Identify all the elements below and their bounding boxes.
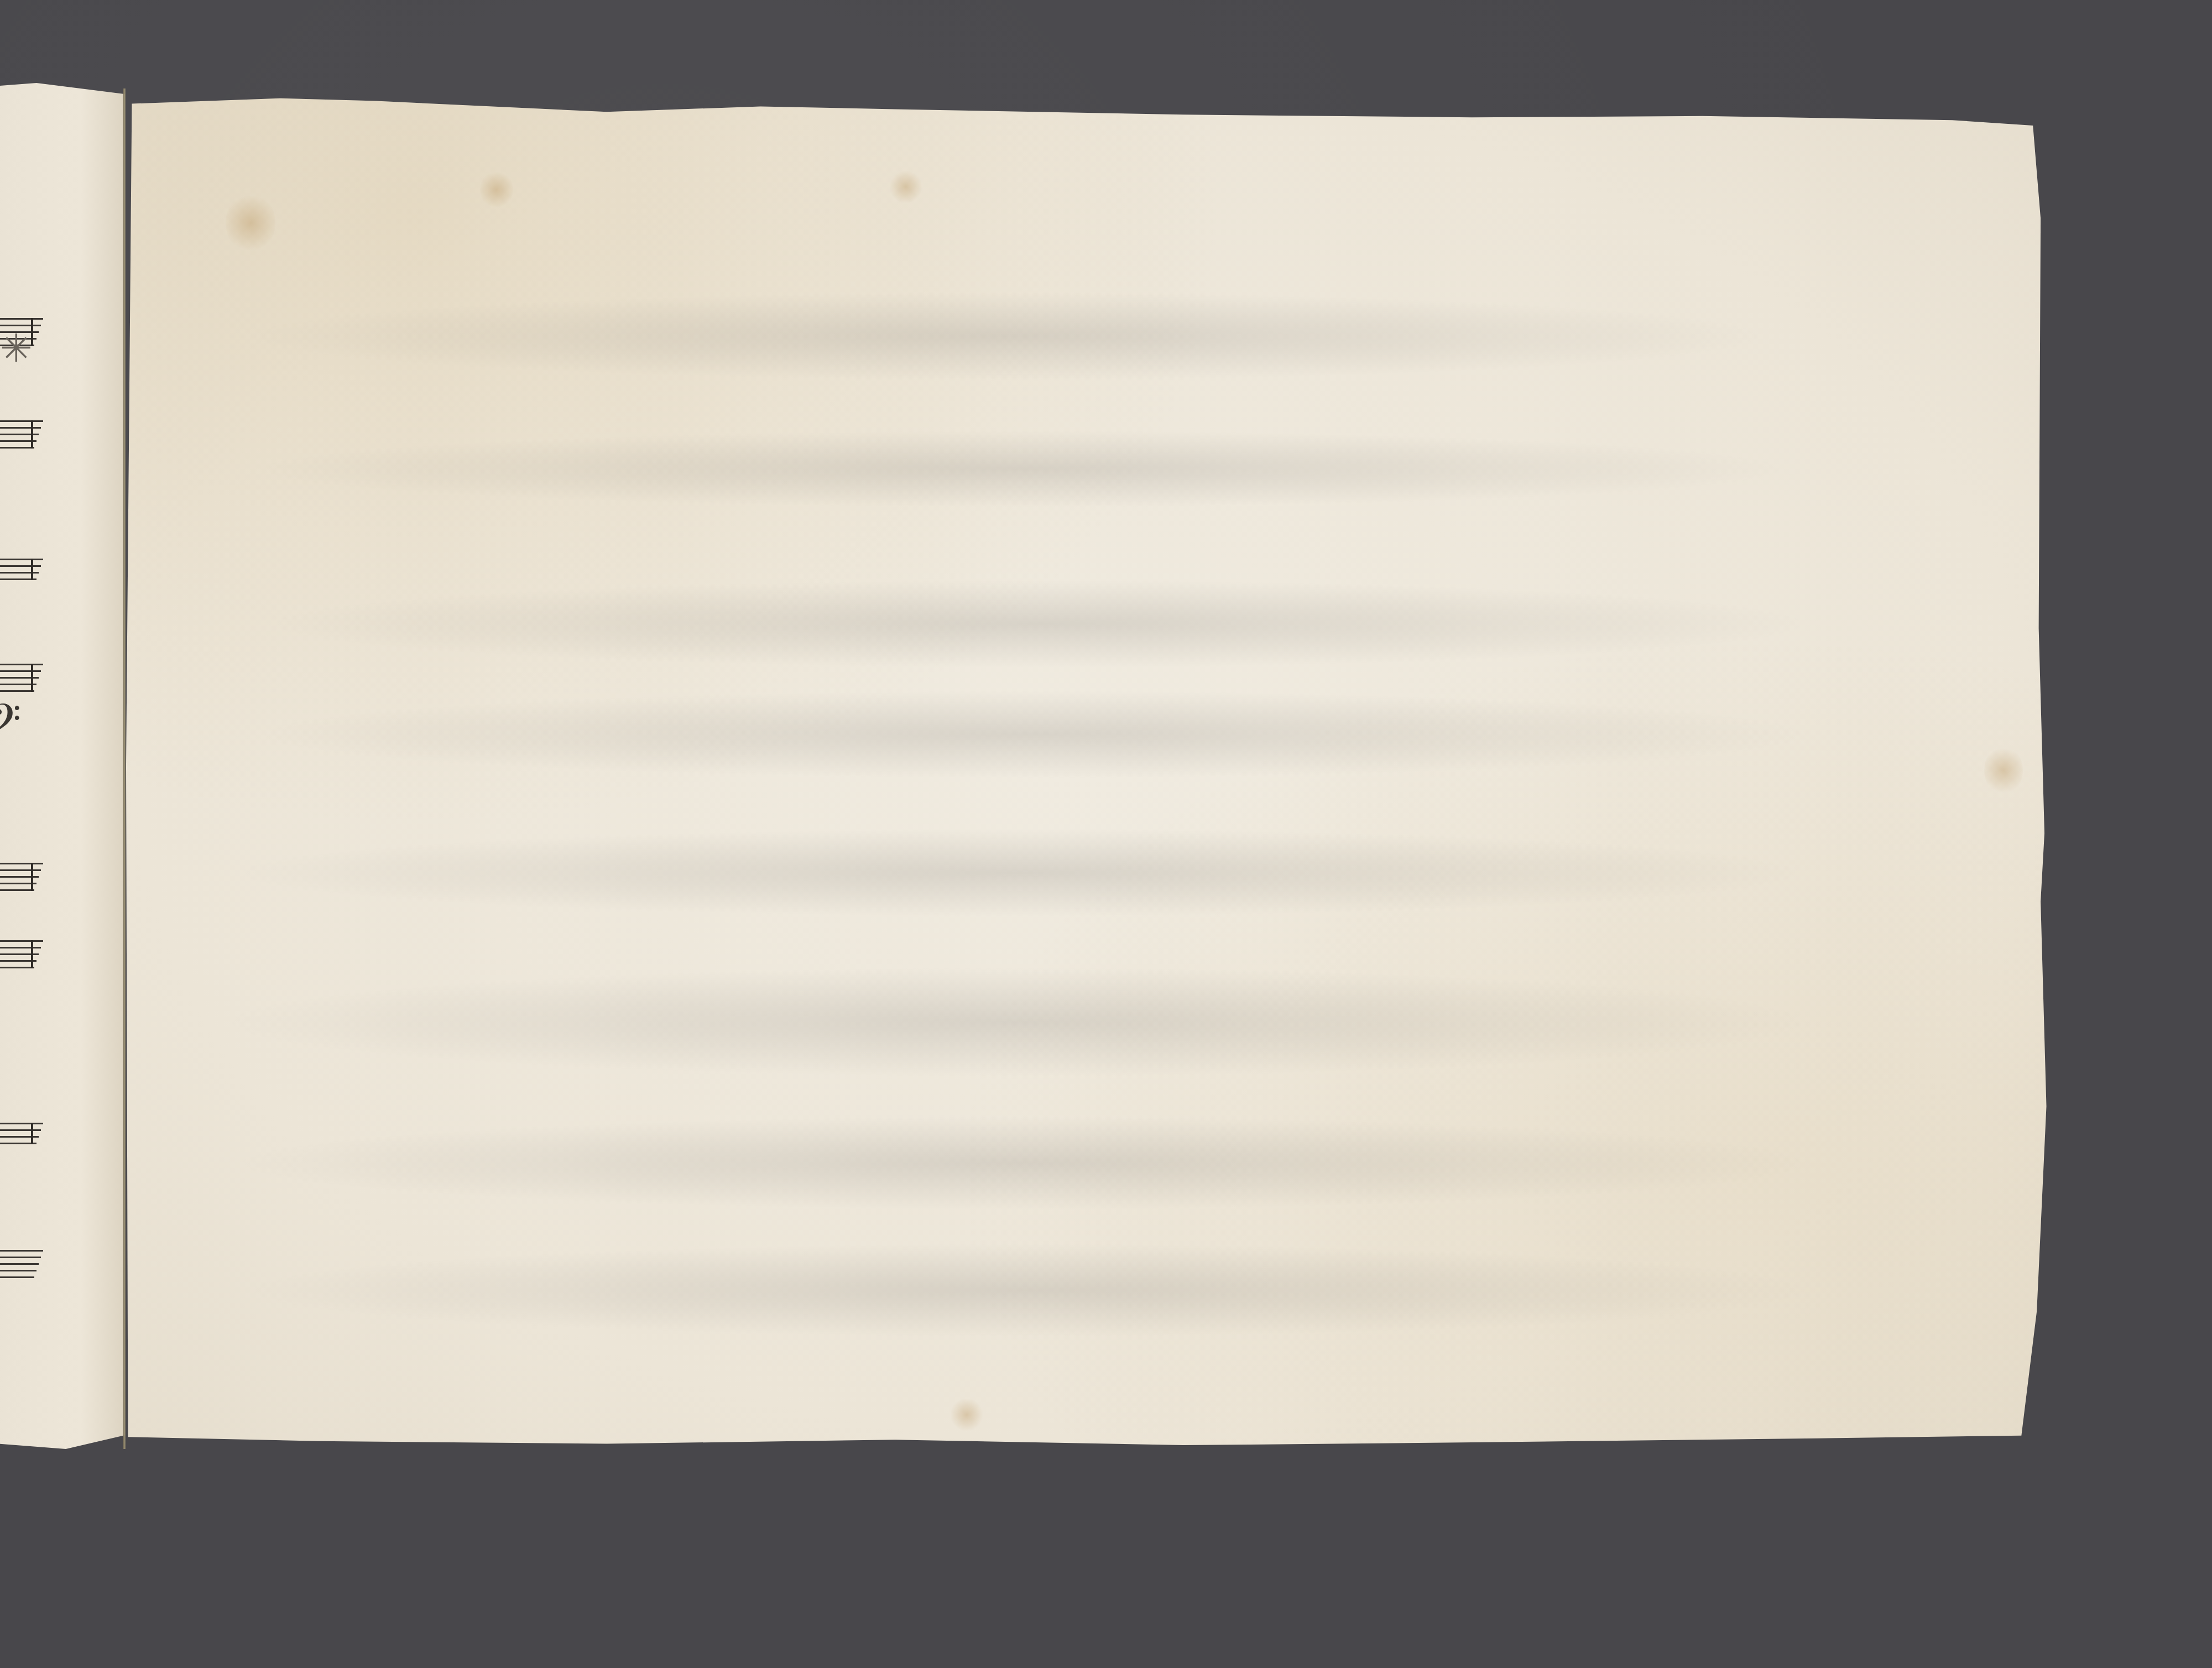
staff-line — [0, 1270, 36, 1271]
staff-line — [0, 1263, 39, 1265]
show-through — [248, 430, 1796, 508]
foxing-stain — [1984, 746, 2023, 795]
barline — [31, 940, 33, 968]
barline — [31, 420, 33, 449]
staff-line — [0, 1276, 34, 1278]
staff-line — [0, 869, 41, 871]
left-page: ✳ 𝄢 — [0, 83, 124, 1449]
staff-line — [0, 427, 41, 429]
staff-line — [0, 940, 43, 942]
staff-line — [0, 947, 41, 948]
show-through — [215, 967, 1818, 1077]
asterisk-icon: ✳ — [0, 329, 33, 368]
foxing-stain — [226, 192, 275, 253]
show-through — [237, 1243, 1818, 1337]
show-through — [237, 292, 1774, 380]
barline — [31, 1123, 33, 1144]
show-through — [259, 580, 1818, 668]
show-through — [226, 828, 1813, 917]
main-page — [126, 82, 2048, 1448]
bass-clef-icon: 𝄢 — [0, 700, 21, 749]
staff-line — [0, 559, 43, 560]
staff-line — [0, 420, 43, 422]
staff-line — [0, 1123, 43, 1124]
staff-line — [0, 967, 34, 968]
staff-line — [0, 690, 34, 692]
barline — [31, 559, 33, 580]
staff-line — [0, 863, 43, 864]
barline — [31, 664, 33, 692]
staff-line — [0, 1257, 41, 1258]
show-through — [226, 1116, 1818, 1210]
staff-line — [0, 565, 41, 567]
staff-line — [0, 889, 34, 891]
barline — [31, 863, 33, 891]
staff-line — [0, 670, 41, 672]
staff-line — [0, 1129, 41, 1131]
foxing-stain — [889, 170, 922, 204]
staff-line — [0, 664, 43, 665]
staff-line — [0, 1250, 43, 1252]
binding-gutter — [123, 88, 126, 1449]
foxing-stain — [480, 170, 513, 209]
staff-line — [0, 447, 34, 449]
foxing-stain — [950, 1398, 983, 1431]
staff-line — [0, 318, 43, 320]
show-through — [248, 690, 1818, 779]
